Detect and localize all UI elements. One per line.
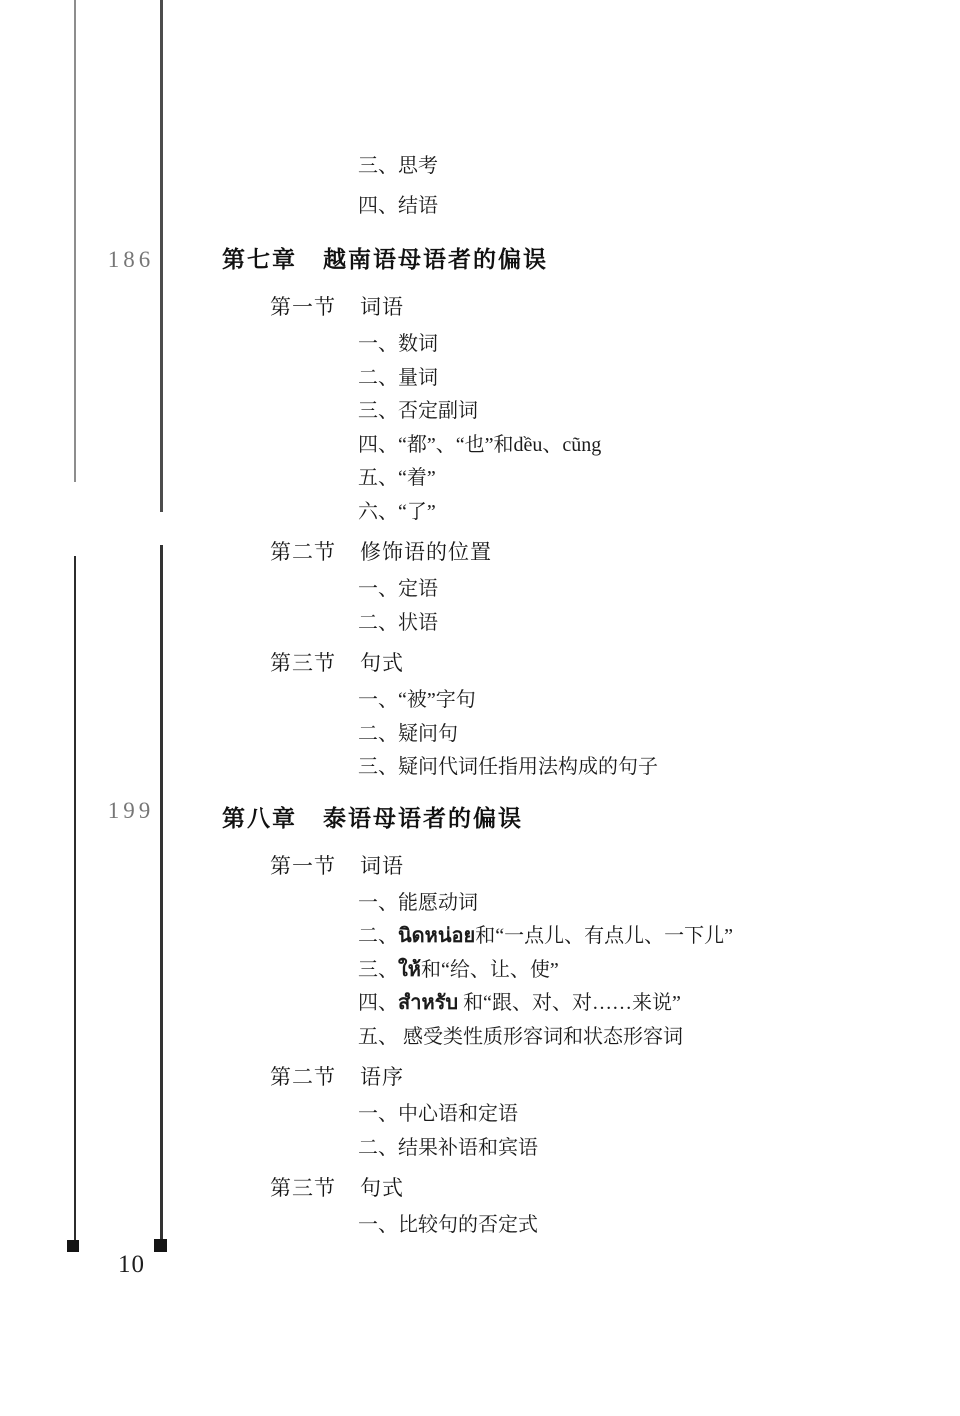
chapter-title: 泰语母语者的偏误 <box>323 806 523 831</box>
section-number: 第二节 <box>270 1065 336 1089</box>
margin-page-ref-chapter8: 199 <box>96 798 166 824</box>
toc-item: 二、结果补语和宾语 <box>358 1132 932 1166</box>
chapter-title: 越南语母语者的偏误 <box>323 247 548 272</box>
section-title: 语序 <box>360 1065 404 1089</box>
section-title: 词语 <box>360 295 404 319</box>
toc-section: 第二节语序 <box>270 1058 932 1096</box>
toc-chapter-8: 第八章泰语母语者的偏误 <box>222 801 932 837</box>
toc-item: 二、状语 <box>358 607 932 641</box>
toc-item-thai: 四、สำหรับ 和“跟、对、对……来说” <box>358 987 932 1021</box>
binding-mark-square-left <box>67 1240 79 1252</box>
toc-item: 一、能愿动词 <box>358 887 932 921</box>
section-title: 句式 <box>360 651 404 675</box>
chapter-number: 第七章 <box>222 247 297 272</box>
toc-item: 三、否定副词 <box>358 395 932 429</box>
toc-item-thai: 三、ให้和“给、让、使” <box>358 954 932 988</box>
toc-item: 五、 感受类性质形容词和状态形容词 <box>358 1021 932 1055</box>
toc-item: 一、“被”字句 <box>358 684 932 718</box>
toc-item: 四、“都”、“也”和dều、cũng <box>358 429 932 463</box>
section-title: 句式 <box>360 1176 404 1200</box>
thai-word: ให้ <box>398 959 421 981</box>
item-enumerator: 二、 <box>358 925 398 947</box>
toc-item: 二、疑问句 <box>358 718 932 752</box>
toc-item-thai: 二、นิดหน่อย和“一点儿、有点儿、一下儿” <box>358 920 932 954</box>
margin-rule-left-top <box>74 0 76 482</box>
toc-item: 一、比较句的否定式 <box>358 1209 932 1243</box>
section-number: 第一节 <box>270 295 336 319</box>
toc-item: 三、疑问代词任指用法构成的句子 <box>358 751 932 785</box>
margin-rule-left-bottom <box>74 556 76 1241</box>
toc-item: 一、中心语和定语 <box>358 1098 932 1132</box>
item-text: 和“给、让、使” <box>421 959 559 981</box>
section-number: 第一节 <box>270 854 336 878</box>
toc-chapter-7: 第七章越南语母语者的偏误 <box>222 242 932 278</box>
section-title: 词语 <box>360 854 404 878</box>
section-number: 第三节 <box>270 1176 336 1200</box>
toc-section: 第一节词语 <box>270 288 932 326</box>
item-enumerator: 三、 <box>358 959 398 981</box>
table-of-contents: 三、思考 四、结语 第七章越南语母语者的偏误 第一节词语 一、数词 二、量词 三… <box>222 146 932 1243</box>
toc-item: 二、量词 <box>358 362 932 396</box>
toc-item: 五、“着” <box>358 462 932 496</box>
margin-rule-right-bottom <box>160 545 163 1240</box>
page-number: 10 <box>118 1251 178 1279</box>
toc-item: 一、数词 <box>358 328 932 362</box>
toc-section: 第三节句式 <box>270 1169 932 1207</box>
section-title: 修饰语的位置 <box>360 540 492 564</box>
toc-item: 六、“了” <box>358 496 932 530</box>
thai-word: สำหรับ <box>398 992 458 1014</box>
toc-item: 一、定语 <box>358 573 932 607</box>
section-number: 第三节 <box>270 651 336 675</box>
section-number: 第二节 <box>270 540 336 564</box>
item-text: 和“一点儿、有点儿、一下儿” <box>475 925 733 947</box>
item-enumerator: 四、 <box>358 992 398 1014</box>
toc-item: 四、结语 <box>358 186 932 226</box>
margin-page-ref-chapter7: 186 <box>96 247 166 273</box>
toc-item: 三、思考 <box>358 146 932 186</box>
item-text: 和“跟、对、对……来说” <box>458 992 681 1014</box>
toc-section: 第三节句式 <box>270 644 932 682</box>
thai-word: นิดหน่อย <box>398 925 475 947</box>
chapter-number: 第八章 <box>222 806 297 831</box>
toc-section: 第二节修饰语的位置 <box>270 533 932 571</box>
toc-section: 第一节词语 <box>270 847 932 885</box>
